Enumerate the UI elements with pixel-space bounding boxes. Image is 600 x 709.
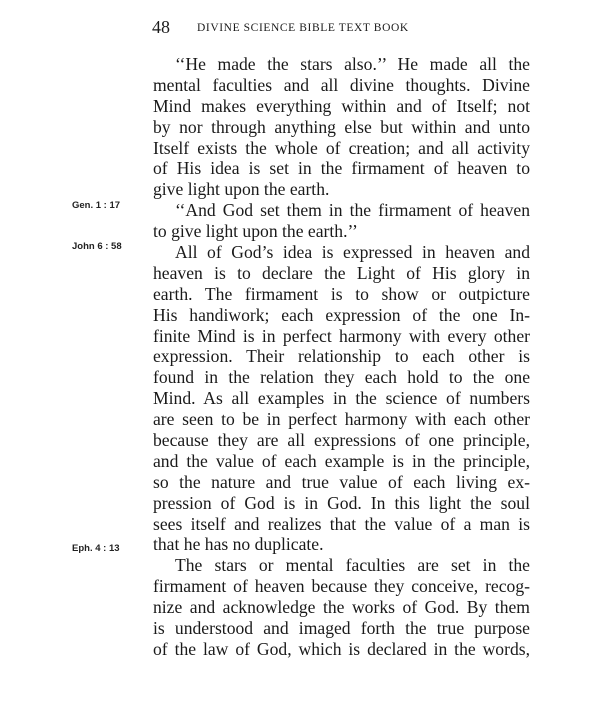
text-line: that he has no duplicate.: [153, 534, 530, 555]
text-line: All of God’s idea is expressed in heaven…: [153, 242, 530, 263]
margin-note-gen-1-17: Gen. 1 : 17: [72, 200, 120, 212]
text-line: The stars or mental faculties are set in…: [153, 555, 530, 576]
text-line: finite Mind is in perfect harmony with e…: [153, 326, 530, 347]
text-line: mental faculties and all divine thoughts…: [153, 75, 530, 96]
text-line: sees itself and realizes that the value …: [153, 514, 530, 535]
text-line: pression of God is in God. In this light…: [153, 493, 530, 514]
text-line: give light upon the earth.: [153, 179, 530, 200]
text-line: of the law of God, which is declared in …: [153, 639, 530, 660]
text-line: Mind makes everything within and of Itse…: [153, 96, 530, 117]
text-line: are seen to be in perfect harmony with e…: [153, 409, 530, 430]
text-line: found in the relation they each hold to …: [153, 367, 530, 388]
text-line: ‘‘And God set them in the firmament of h…: [153, 200, 530, 221]
paragraph-gen-quote: ‘‘And God set them in the firmament of h…: [153, 200, 530, 242]
running-title: DIVINE SCIENCE BIBLE TEXT BOOK: [197, 20, 409, 36]
page-number: 48: [152, 17, 170, 37]
text-line: ‘‘He made the stars also.’’ He made all …: [153, 54, 530, 75]
text-line: to give light upon the earth.’’: [153, 221, 530, 242]
body-text: ‘‘He made the stars also.’’ He made all …: [153, 54, 530, 660]
text-line: by nor through anything else but within …: [153, 117, 530, 138]
text-line: heaven is to declare the Light of His gl…: [153, 263, 530, 284]
paragraph-gods-idea: All of God’s idea is expressed in heaven…: [153, 242, 530, 555]
text-line: firmament of heaven because they conceiv…: [153, 576, 530, 597]
paragraph-stars-also: ‘‘He made the stars also.’’ He made all …: [153, 54, 530, 200]
text-line: nize and acknowledge the works of God. B…: [153, 597, 530, 618]
text-line: because they are all expressions of one …: [153, 430, 530, 451]
text-line: expression. Their relationship to each o…: [153, 346, 530, 367]
paragraph-mental-faculties: The stars or mental faculties are set in…: [153, 555, 530, 659]
margin-note-eph-4-13: Eph. 4 : 13: [72, 543, 120, 555]
text-line: is understood and imaged forth the true …: [153, 618, 530, 639]
text-line: Mind. As all examples in the science of …: [153, 388, 530, 409]
text-line: Itself exists the whole of creation; and…: [153, 138, 530, 159]
text-line: of His idea is set in the firmament of h…: [153, 158, 530, 179]
text-line: so the nature and true value of each liv…: [153, 472, 530, 493]
text-line: earth. The firmament is to show or outpi…: [153, 284, 530, 305]
text-line: His handiwork; each expression of the on…: [153, 305, 530, 326]
text-line: and the value of each example is in the …: [153, 451, 530, 472]
page-header: 48 DIVINE SCIENCE BIBLE TEXT BOOK: [152, 17, 532, 37]
margin-note-john-6-58: John 6 : 58: [72, 241, 122, 253]
